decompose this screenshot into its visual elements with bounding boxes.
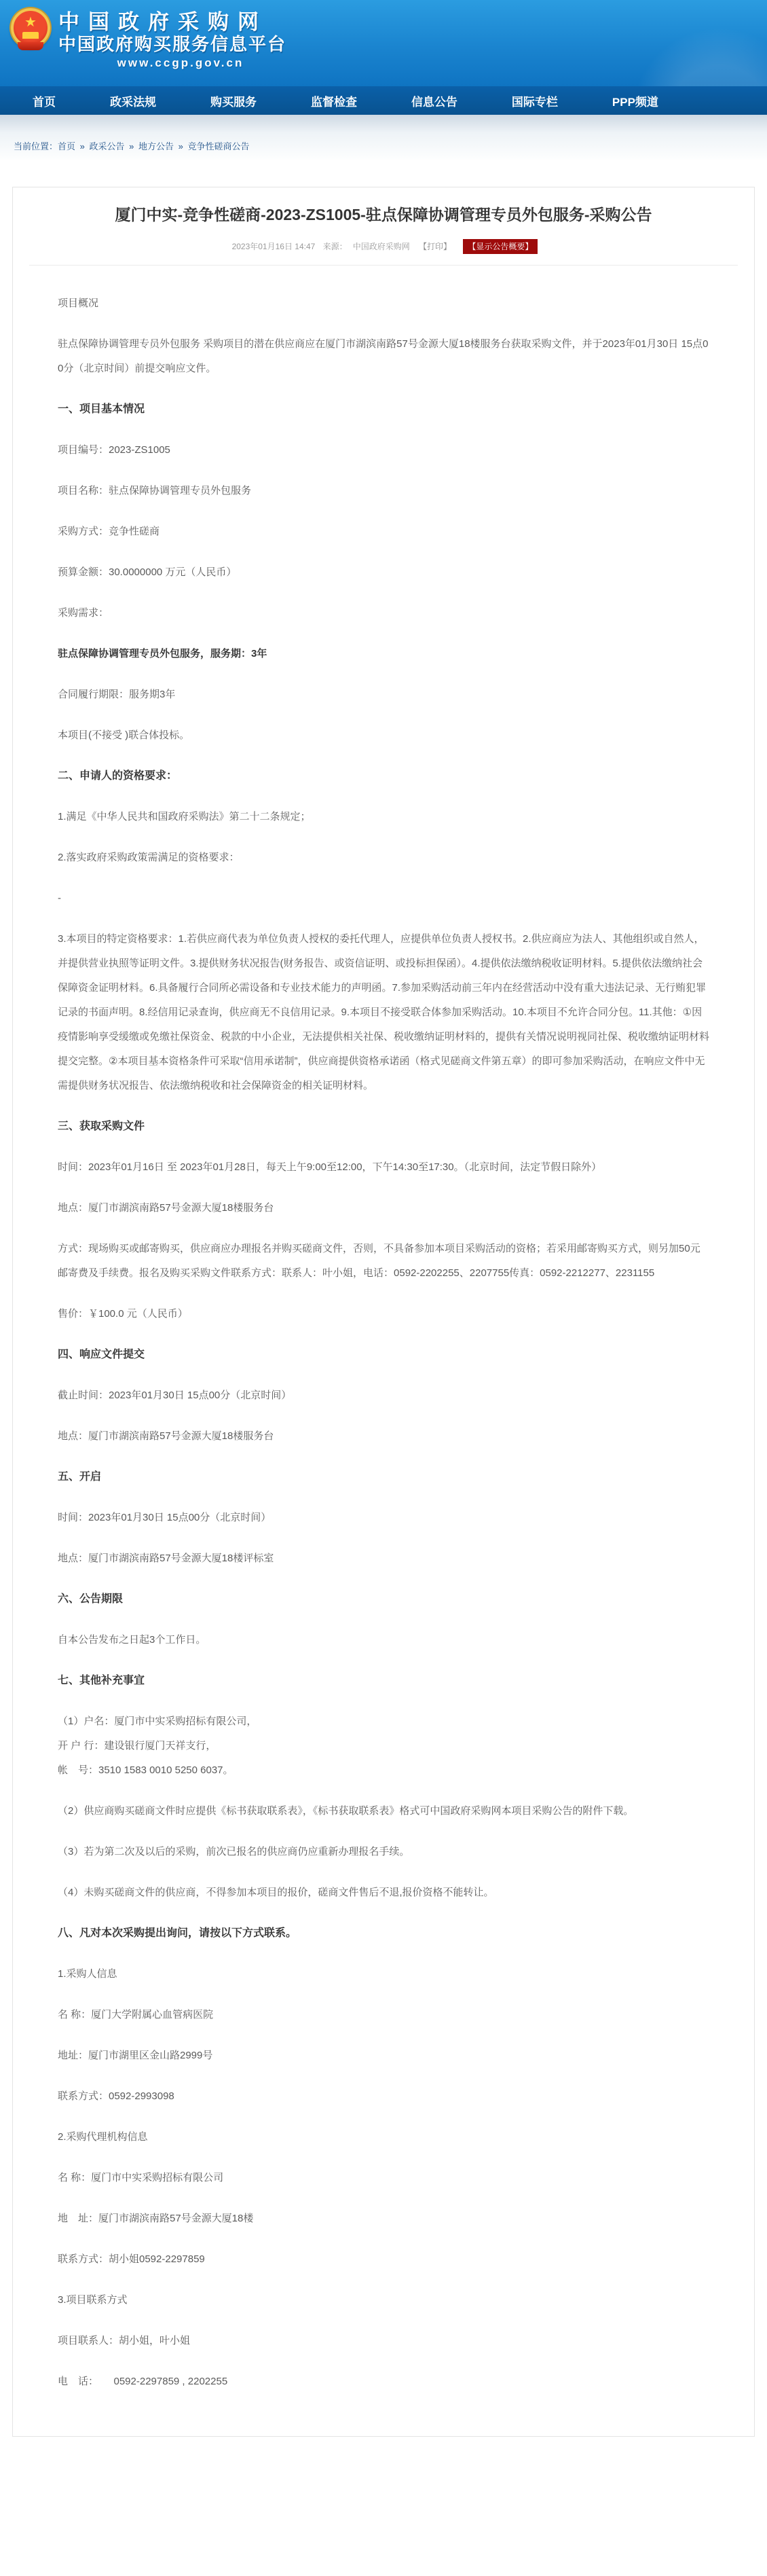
article-paragraph: 截止时间：2023年01月30日 15点00分（北京时间）	[58, 1375, 709, 1416]
article-paragraph: 时间：2023年01月30日 15点00分（北京时间）	[58, 1498, 709, 1538]
article-section-heading: 六、公告期限	[58, 1579, 709, 1620]
breadcrumb-link[interactable]: 首页	[58, 141, 75, 151]
article-paragraph: （3）若为第二次及以后的采购，前次已报名的供应商仍应重新办理报名手续。	[58, 1832, 709, 1872]
article-paragraph: 项目联系人：胡小姐，叶小姐	[58, 2321, 709, 2361]
article-paragraph: 时间：2023年01月16日 至 2023年01月28日，每天上午9:00至12…	[58, 1147, 709, 1188]
article-paragraph: 项目编号：2023-ZS1005	[58, 430, 709, 471]
breadcrumb-separator: »	[174, 141, 187, 151]
article-paragraph: 售价：￥100.0 元（人民币）	[58, 1294, 709, 1335]
site-url-link[interactable]: www.ccgp.gov.cn	[58, 55, 303, 71]
print-button[interactable]: 【打印】	[419, 242, 451, 251]
emblem-star-icon: ★	[14, 16, 48, 29]
emblem-gate-icon	[22, 32, 39, 39]
article-section-heading: 四、响应文件提交	[58, 1335, 709, 1375]
article-paragraph: 采购需求：	[58, 593, 709, 634]
article-paragraph: -	[58, 878, 709, 919]
article-section-heading: 三、获取采购文件	[58, 1106, 709, 1147]
article-section-heading: 八、凡对本次采购提出询问，请按以下方式联系。	[58, 1913, 709, 1954]
breadcrumb-separator: »	[125, 141, 138, 151]
article-paragraph: 电 话： 0592-2297859 , 2202255	[58, 2361, 709, 2402]
nav-item-2[interactable]: 购买服务	[210, 92, 257, 109]
article-paragraph: 合同履行期限：服务期3年	[58, 674, 709, 715]
site-brand: 中国政府采购网 中国政府购买服务信息平台 www.ccgp.gov.cn	[58, 11, 323, 71]
article-paragraph: 本项目(不接受 )联合体投标。	[58, 715, 709, 756]
breadcrumb-link[interactable]: 政采公告	[90, 141, 125, 151]
article-section-heading: 二、申请人的资格要求：	[58, 756, 709, 797]
nav-item-4[interactable]: 信息公告	[411, 92, 457, 109]
article-paragraph: （4）未购买磋商文件的供应商，不得参加本项目的报价，磋商文件售后不退,报价资格不…	[58, 1872, 709, 1913]
article-paragraph: （1）户名：厦门市中实采购招标有限公司，开 户 行：建设银行厦门天祥支行，帐 号…	[58, 1701, 709, 1791]
article-paragraph: 名 称：厦门大学附属心血管病医院	[58, 1995, 709, 2035]
breadcrumb-links: 首页 » 政采公告 » 地方公告 » 竞争性磋商公告	[58, 141, 249, 151]
article-paragraph: 采购方式：竞争性磋商	[58, 511, 709, 552]
article-paragraph: 联系方式：0592-2993098	[58, 2076, 709, 2117]
site-title: 中国政府采购网	[58, 11, 323, 34]
article-paragraph: 3.本项目的特定资格要求：1.若供应商代表为单位负责人授权的委托代理人，应提供单…	[58, 919, 709, 1106]
article-paragraph: 地点：厦门市湖滨南路57号金源大厦18楼评标室	[58, 1538, 709, 1579]
article-paragraph: 地点：厦门市湖滨南路57号金源大厦18楼服务台	[58, 1416, 709, 1457]
article-section-heading: 五、开启	[58, 1457, 709, 1498]
article-paragraph: 1.采购人信息	[58, 1954, 709, 1995]
nav-item-3[interactable]: 监督检查	[311, 92, 357, 109]
source-name: 中国政府采购网	[353, 242, 410, 251]
breadcrumb-label: 当前位置：	[14, 141, 58, 151]
article-paragraph: 驻点保障协调管理专员外包服务，服务期：3年	[58, 634, 709, 674]
breadcrumb: 当前位置：首页 » 政采公告 » 地方公告 » 竞争性磋商公告	[0, 115, 767, 160]
article-paragraph: 地 址：厦门市湖滨南路57号金源大厦18楼	[58, 2198, 709, 2239]
article-paragraph: （2）供应商购买磋商文件时应提供《标书获取联系表》，《标书获取联系表》格式可中国…	[58, 1791, 709, 1832]
page-title: 厦门中实-竞争性磋商-2023-ZS1005-驻点保障协调管理专员外包服务-采购…	[13, 187, 754, 225]
article-paragraph: 方式：现场购买或邮寄购买，供应商应办理报名并购买磋商文件，否则，不具备参加本项目…	[58, 1229, 709, 1294]
national-emblem-logo: ★	[11, 8, 50, 48]
breadcrumb-link[interactable]: 地方公告	[138, 141, 174, 151]
nav-item-1[interactable]: 政采法规	[110, 92, 156, 109]
article-paragraph: 3.项目联系方式	[58, 2280, 709, 2321]
article-paragraph: 1.满足《中华人民共和国政府采购法》第二十二条规定；	[58, 797, 709, 837]
source-label: 来源：	[323, 242, 348, 251]
article-paragraph: 2.采购代理机构信息	[58, 2117, 709, 2158]
nav-item-5[interactable]: 国际专栏	[512, 92, 558, 109]
article-paragraph: 预算金额：30.0000000 万元（人民币）	[58, 552, 709, 593]
article-section-heading: 一、项目基本情况	[58, 389, 709, 430]
article-paragraph: 联系方式：胡小姐0592-2297859	[58, 2239, 709, 2280]
site-subtitle: 中国政府购买服务信息平台	[58, 34, 323, 55]
article-paragraph: 驻点保障协调管理专员外包服务 采购项目的潜在供应商应在厦门市湖滨南路57号金源大…	[58, 324, 709, 389]
breadcrumb-link[interactable]: 竞争性磋商公告	[187, 141, 249, 151]
announcement-meta: 2023年01月16日 14:47 来源：中国政府采购网 【打印】 【显示公告概…	[29, 225, 738, 266]
article-paragraph: 地址：厦门市湖里区金山路2999号	[58, 2035, 709, 2076]
site-header: ★ 中国政府采购网 中国政府购买服务信息平台 www.ccgp.gov.cn	[0, 0, 767, 86]
nav-item-0[interactable]: 首页	[33, 92, 56, 109]
publish-datetime: 2023年01月16日 14:47	[232, 242, 316, 251]
article-body: 项目概况驻点保障协调管理专员外包服务 采购项目的潜在供应商应在厦门市湖滨南路57…	[13, 266, 754, 2402]
show-summary-button[interactable]: 【显示公告概要】	[463, 239, 538, 254]
article-paragraph: 名 称：厦门市中实采购招标有限公司	[58, 2158, 709, 2198]
main-nav: 首页政采法规购买服务监督检查信息公告国际专栏PPP频道	[0, 86, 767, 115]
article-paragraph: 项目名称：驻点保障协调管理专员外包服务	[58, 471, 709, 511]
breadcrumb-separator: »	[75, 141, 89, 151]
article-paragraph: 2.落实政府采购政策需满足的资格要求：	[58, 837, 709, 878]
emblem-ribbon	[18, 42, 43, 50]
nav-item-6[interactable]: PPP频道	[612, 92, 658, 109]
article-paragraph: 自本公告发布之日起3个工作日。	[58, 1620, 709, 1661]
article-section-heading: 七、其他补充事宜	[58, 1661, 709, 1701]
article-paragraph: 地点：厦门市湖滨南路57号金源大厦18楼服务台	[58, 1188, 709, 1229]
announcement-detail-box: 厦门中实-竞争性磋商-2023-ZS1005-驻点保障协调管理专员外包服务-采购…	[12, 187, 755, 2437]
article-paragraph: 项目概况	[58, 283, 709, 324]
